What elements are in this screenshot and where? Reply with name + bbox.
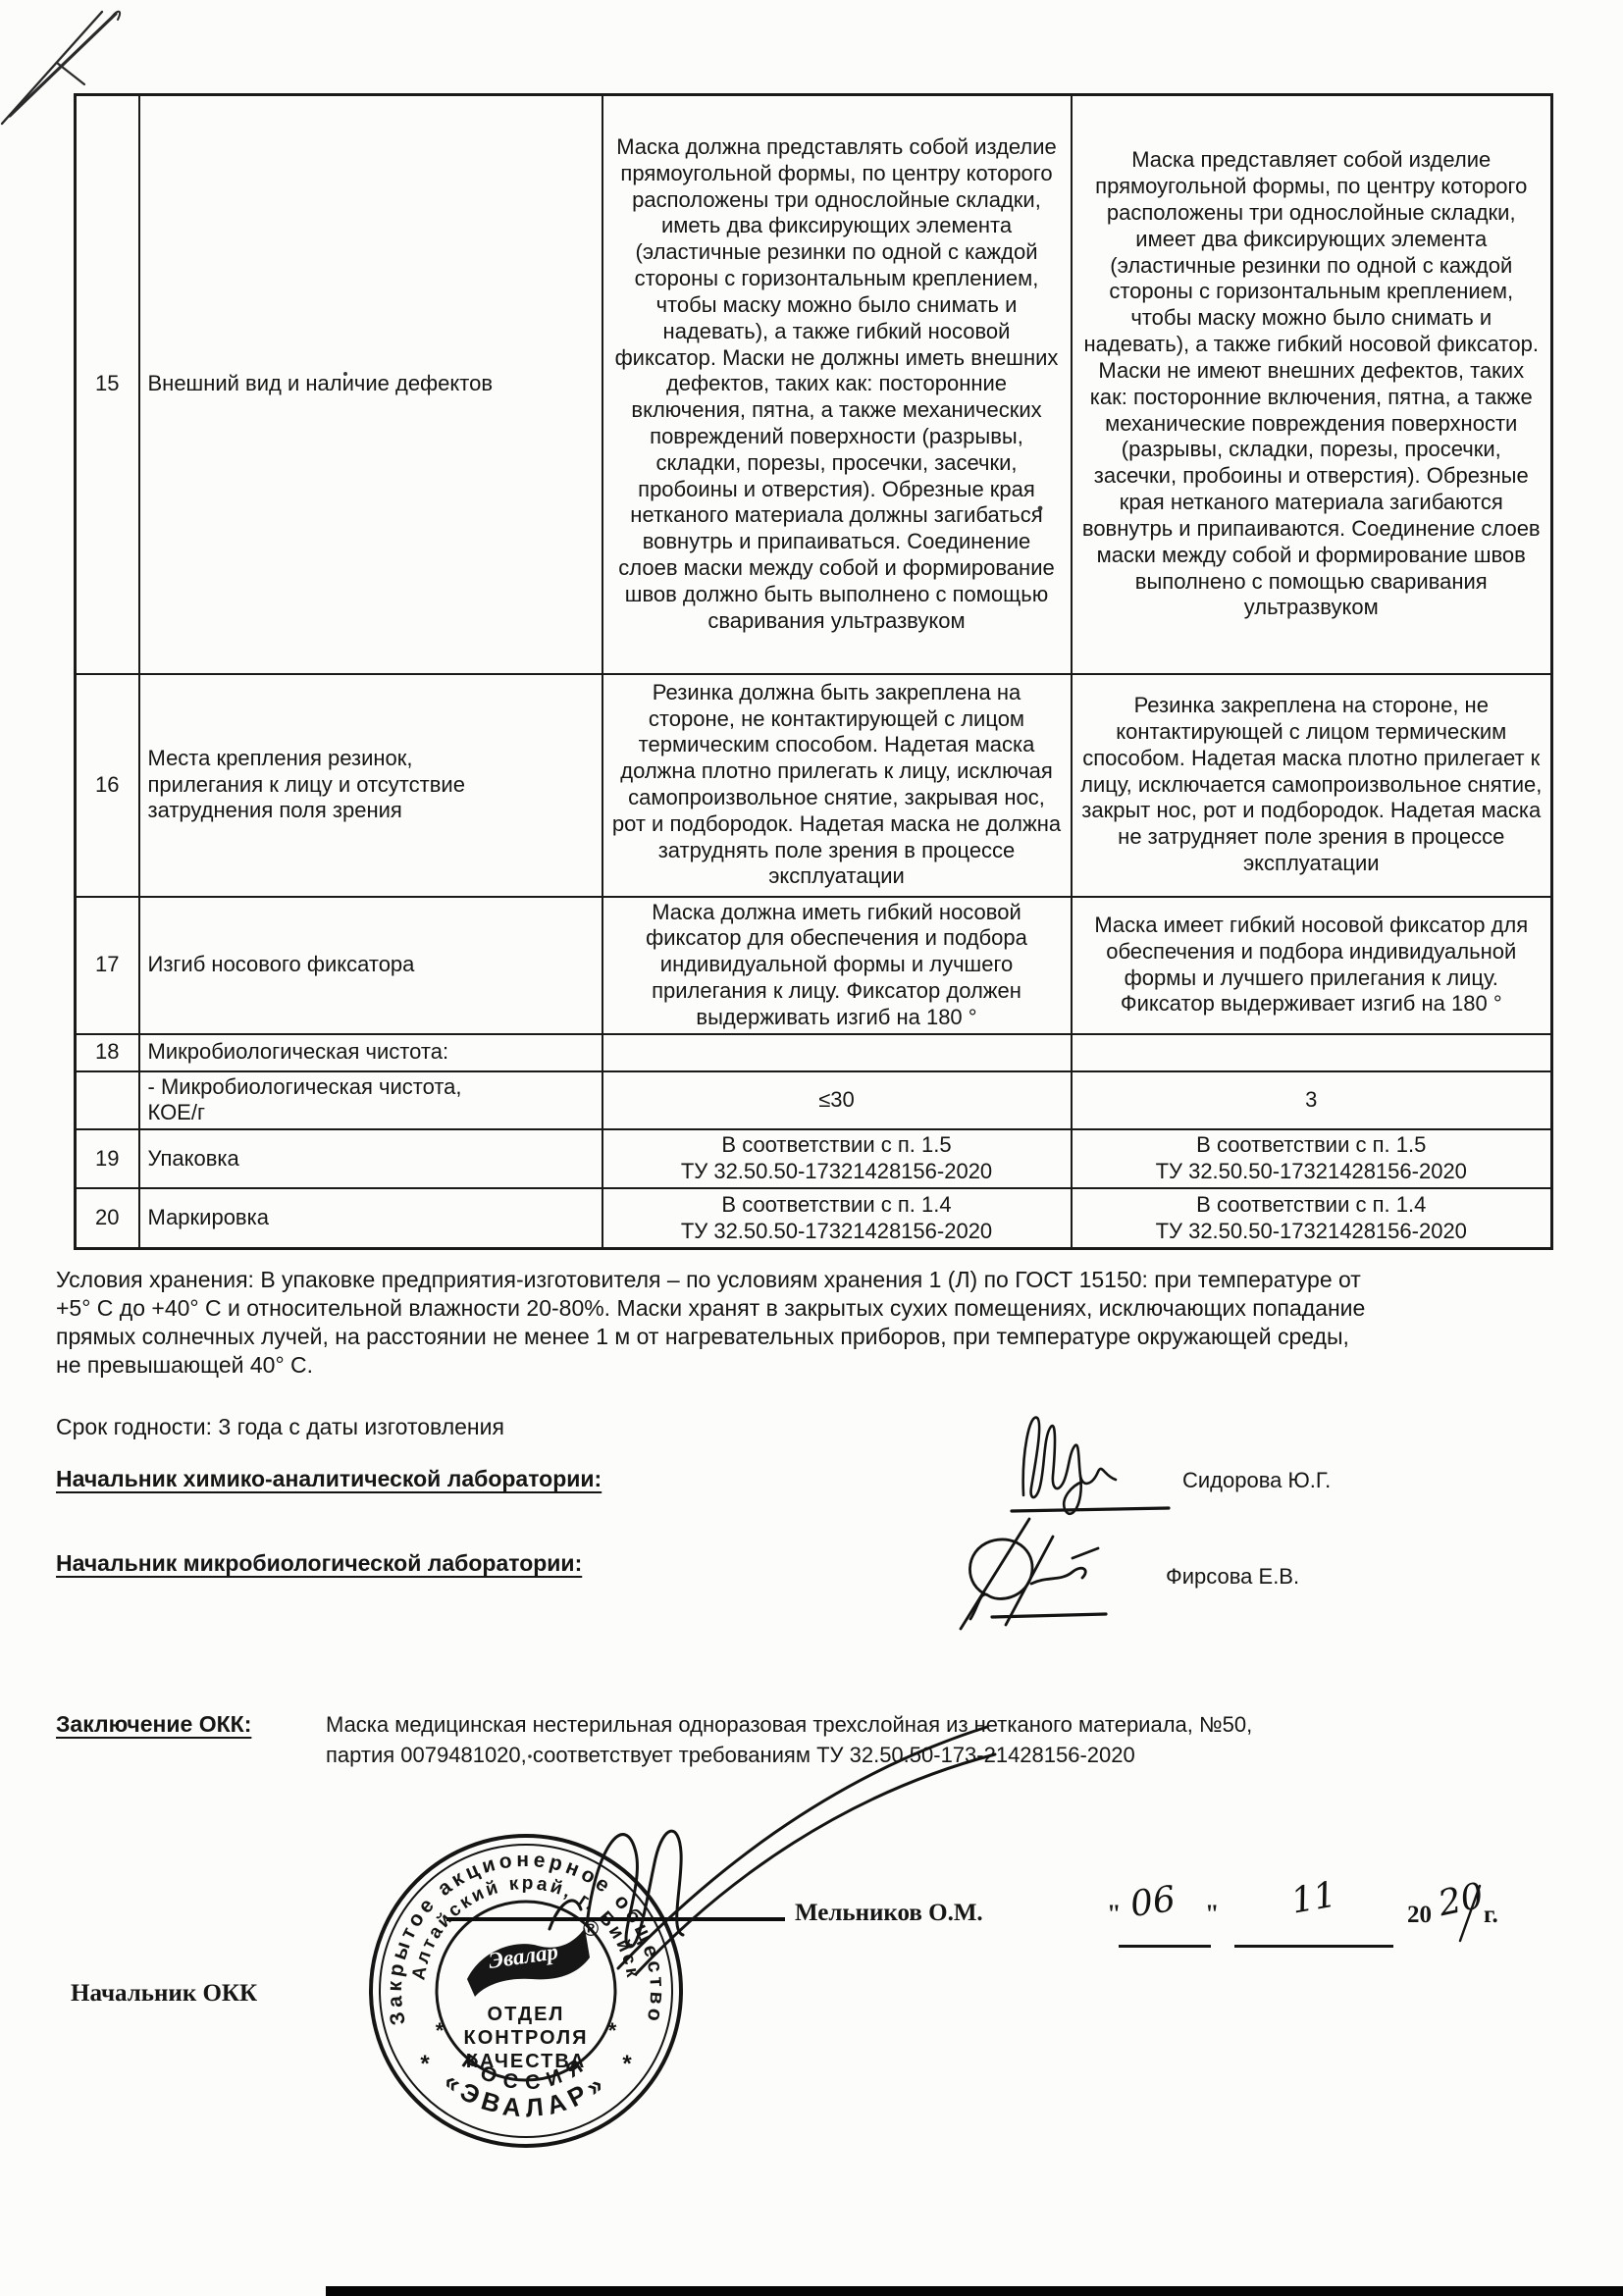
stamp-separator-asterisk: * bbox=[420, 2051, 430, 2077]
spec-table: 15 Внешний вид и наличие дефектов Маска … bbox=[74, 93, 1553, 1250]
requirement-cell: Резинка должна быть закреплена на сторон… bbox=[602, 674, 1072, 897]
month-underline bbox=[1234, 1945, 1393, 1948]
table-row: 18 Микробиологическая чистота: bbox=[76, 1034, 1552, 1071]
result-cell: Маска имеет гибкий носовой фиксатор для … bbox=[1072, 897, 1552, 1034]
melnikov-signature-stroke bbox=[636, 1754, 995, 1974]
parameter-name-cell: Упаковка bbox=[139, 1129, 602, 1188]
firsova-signature bbox=[927, 1499, 1173, 1656]
table-row: 16 Места крепления резинок, прилегания к… bbox=[76, 674, 1552, 897]
okk-conclusion-text: Маска медицинская нестерильная одноразов… bbox=[326, 1709, 1533, 1770]
storage-conditions-paragraph: Условия хранения: В упаковке предприятия… bbox=[56, 1266, 1577, 1380]
result-cell: 3 bbox=[1072, 1071, 1552, 1130]
year-suffix-label: г. bbox=[1484, 1902, 1498, 1929]
table-row: 15 Внешний вид и наличие дефектов Маска … bbox=[76, 95, 1552, 674]
okk-head-signature-line bbox=[446, 1917, 785, 1921]
parameter-name-cell: Маркировка bbox=[139, 1188, 602, 1249]
requirement-cell: В соответствии с п. 1.5 ТУ 32.50.50-1732… bbox=[602, 1129, 1072, 1188]
handwritten-month: 11 bbox=[1288, 1874, 1339, 1921]
row-number-cell: 17 bbox=[76, 897, 139, 1034]
result-cell: Резинка закреплена на стороне, не контак… bbox=[1072, 674, 1552, 897]
row-number-cell: 15 bbox=[76, 95, 139, 674]
corner-pen-mark bbox=[110, 12, 120, 20]
micro-lab-head-title: Начальник микробиологической лаборатории… bbox=[56, 1550, 582, 1577]
chem-lab-head-name: Сидорова Ю.Г. bbox=[1182, 1468, 1331, 1493]
stamp-separator-asterisk: * bbox=[436, 2018, 445, 2043]
requirement-cell: В соответствии с п. 1.4 ТУ 32.50.50-1732… bbox=[602, 1188, 1072, 1249]
stamp-separator-asterisk: * bbox=[608, 2018, 617, 2043]
requirement-cell bbox=[602, 1034, 1072, 1071]
year-printed-prefix: 20 bbox=[1407, 1902, 1432, 1929]
requirement-cell: Маска должна иметь гибкий носовой фиксат… bbox=[602, 897, 1072, 1034]
parameter-name-cell: Изгиб носового фиксатора bbox=[139, 897, 602, 1034]
signature-stroke bbox=[1031, 1548, 1098, 1584]
stamp-separator-asterisk: * bbox=[622, 2051, 632, 2077]
result-cell: Маска представляет собой изделие прямоуг… bbox=[1072, 95, 1552, 674]
table-row: 19 Упаковка В соответствии с п. 1.5 ТУ 3… bbox=[76, 1129, 1552, 1188]
table-row: - Микробиологическая чистота, КОЕ/г ≤30 … bbox=[76, 1071, 1552, 1130]
okk-head-name: Мельников О.М. bbox=[795, 1900, 983, 1927]
row-number-cell bbox=[76, 1071, 139, 1130]
date-close-quote: " bbox=[1205, 1900, 1219, 1929]
parameter-name-cell: Внешний вид и наличие дефектов bbox=[139, 95, 602, 674]
date-open-quote: " bbox=[1107, 1900, 1121, 1929]
okk-round-stamp: Закрытое акционерное общество Алтайский … bbox=[364, 1829, 688, 2153]
chem-lab-head-title: Начальник химико-аналитической лаборатор… bbox=[56, 1466, 602, 1492]
scan-edge-strip bbox=[326, 2286, 1623, 2296]
okk-head-title: Начальник ОКК bbox=[71, 1980, 257, 2008]
handwritten-year: 20 bbox=[1435, 1876, 1487, 1925]
scanned-certificate-page: 15 Внешний вид и наличие дефектов Маска … bbox=[0, 0, 1623, 2296]
row-number-cell: 18 bbox=[76, 1034, 139, 1071]
signature-underline bbox=[992, 1614, 1106, 1617]
corner-pen-mark bbox=[57, 63, 84, 84]
stamp-center-line: КОНТРОЛЯ bbox=[464, 2027, 589, 2049]
requirement-cell: ≤30 bbox=[602, 1071, 1072, 1130]
signature-stroke bbox=[969, 1539, 1032, 1619]
stamp-center-line: КАЧЕСТВА bbox=[466, 2051, 587, 2072]
row-number-cell: 19 bbox=[76, 1129, 139, 1188]
row-number-cell: 20 bbox=[76, 1188, 139, 1249]
result-cell: В соответствии с п. 1.5 ТУ 32.50.50-1732… bbox=[1072, 1129, 1552, 1188]
parameter-name-cell: - Микробиологическая чистота, КОЕ/г bbox=[139, 1071, 602, 1130]
parameter-name-cell: Места крепления резинок, прилегания к ли… bbox=[139, 674, 602, 897]
result-cell bbox=[1072, 1034, 1552, 1071]
row-number-cell: 16 bbox=[76, 674, 139, 897]
handwritten-day: 06 bbox=[1127, 1879, 1178, 1925]
parameter-name-cell: Микробиологическая чистота: bbox=[139, 1034, 602, 1071]
micro-lab-head-name: Фирсова Е.В. bbox=[1166, 1564, 1299, 1590]
day-underline bbox=[1119, 1945, 1211, 1948]
requirement-cell: Маска должна представлять собой изделие … bbox=[602, 95, 1072, 674]
result-cell: В соответствии с п. 1.4 ТУ 32.50.50-1732… bbox=[1072, 1188, 1552, 1249]
table-row: 17 Изгиб носового фиксатора Маска должна… bbox=[76, 897, 1552, 1034]
stamp-center-line: ОТДЕЛ bbox=[488, 2004, 565, 2025]
okk-conclusion-label: Заключение ОКК: bbox=[56, 1711, 251, 1738]
table-row: 20 Маркировка В соответствии с п. 1.4 ТУ… bbox=[76, 1188, 1552, 1249]
signature-stroke bbox=[1023, 1418, 1116, 1497]
